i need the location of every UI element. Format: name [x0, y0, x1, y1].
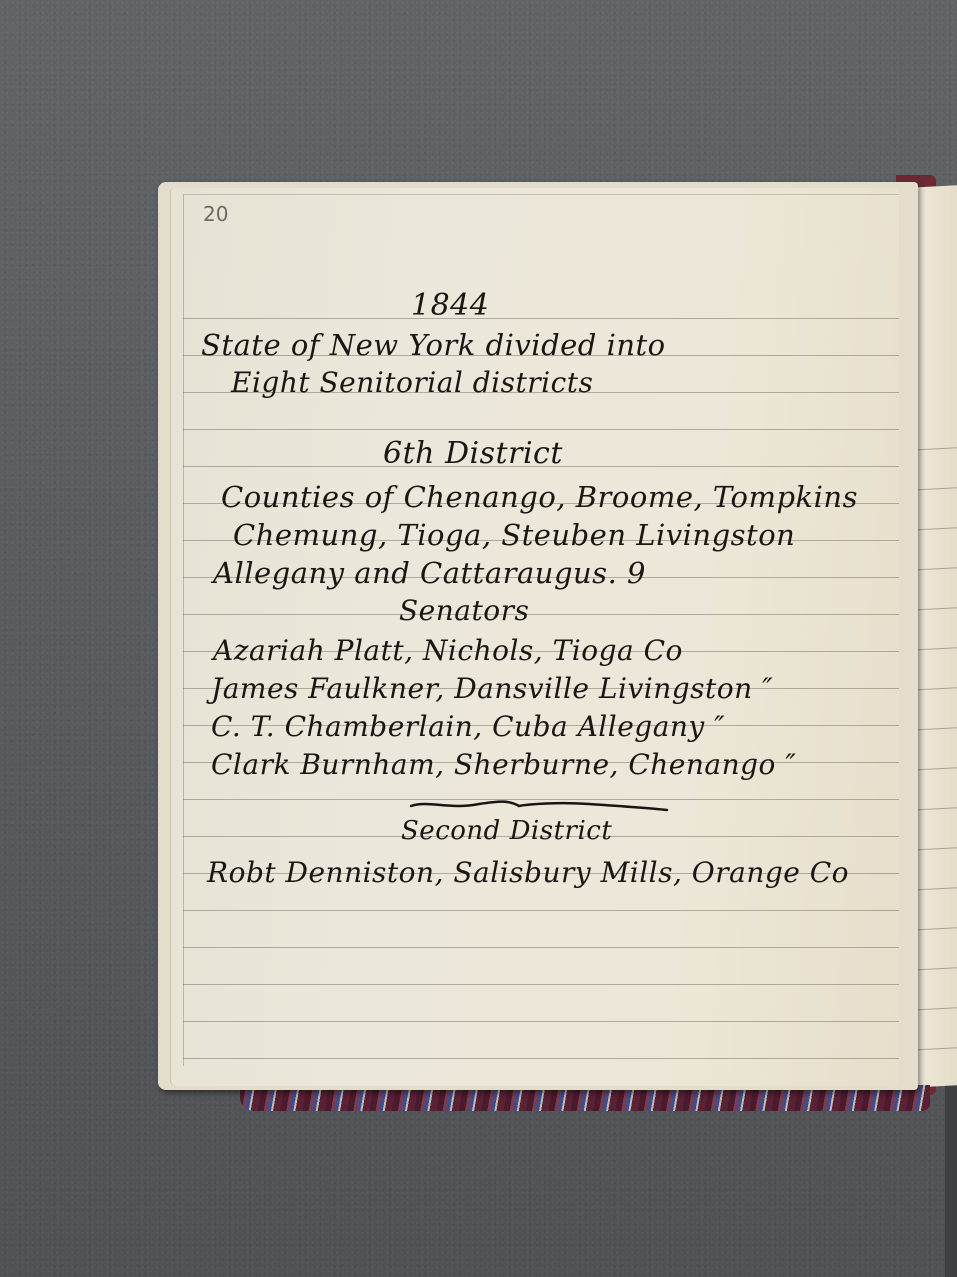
senator-line-1: Azariah Platt, Nichols, Tioga Co — [213, 634, 683, 667]
senator-line-2: James Faulkner, Dansville Livingston ″ — [211, 672, 773, 705]
year-heading: 1844 — [411, 288, 489, 323]
senator-line-4: Clark Burnham, Sherburne, Chenango ″ — [211, 748, 796, 781]
counties-line-2: Chemung, Tioga, Steuben Livingston — [233, 518, 795, 552]
senator-line-5: Robt Denniston, Salisbury Mills, Orange … — [207, 856, 849, 889]
senator-line-3: C. T. Chamberlain, Cuba Allegany ″ — [211, 710, 725, 743]
second-district-heading: Second District — [401, 816, 612, 846]
counties-line-3: Allegany and Cattaraugus. 9 — [213, 556, 646, 590]
intro-line-1: State of New York divided into — [201, 328, 666, 362]
district-6-heading: 6th District — [383, 436, 563, 471]
table-edge — [945, 1080, 957, 1277]
divider-flourish — [409, 798, 669, 814]
senators-heading: Senators — [399, 594, 529, 627]
counties-line-1: Counties of Chenango, Broome, Tompkins — [221, 480, 858, 514]
page-number: 20 — [203, 202, 228, 226]
intro-line-2: Eight Senitorial districts — [231, 366, 593, 399]
notebook-page: 20 1844 State of New York divided into E… — [170, 188, 899, 1086]
page-margin-border — [183, 194, 899, 1066]
